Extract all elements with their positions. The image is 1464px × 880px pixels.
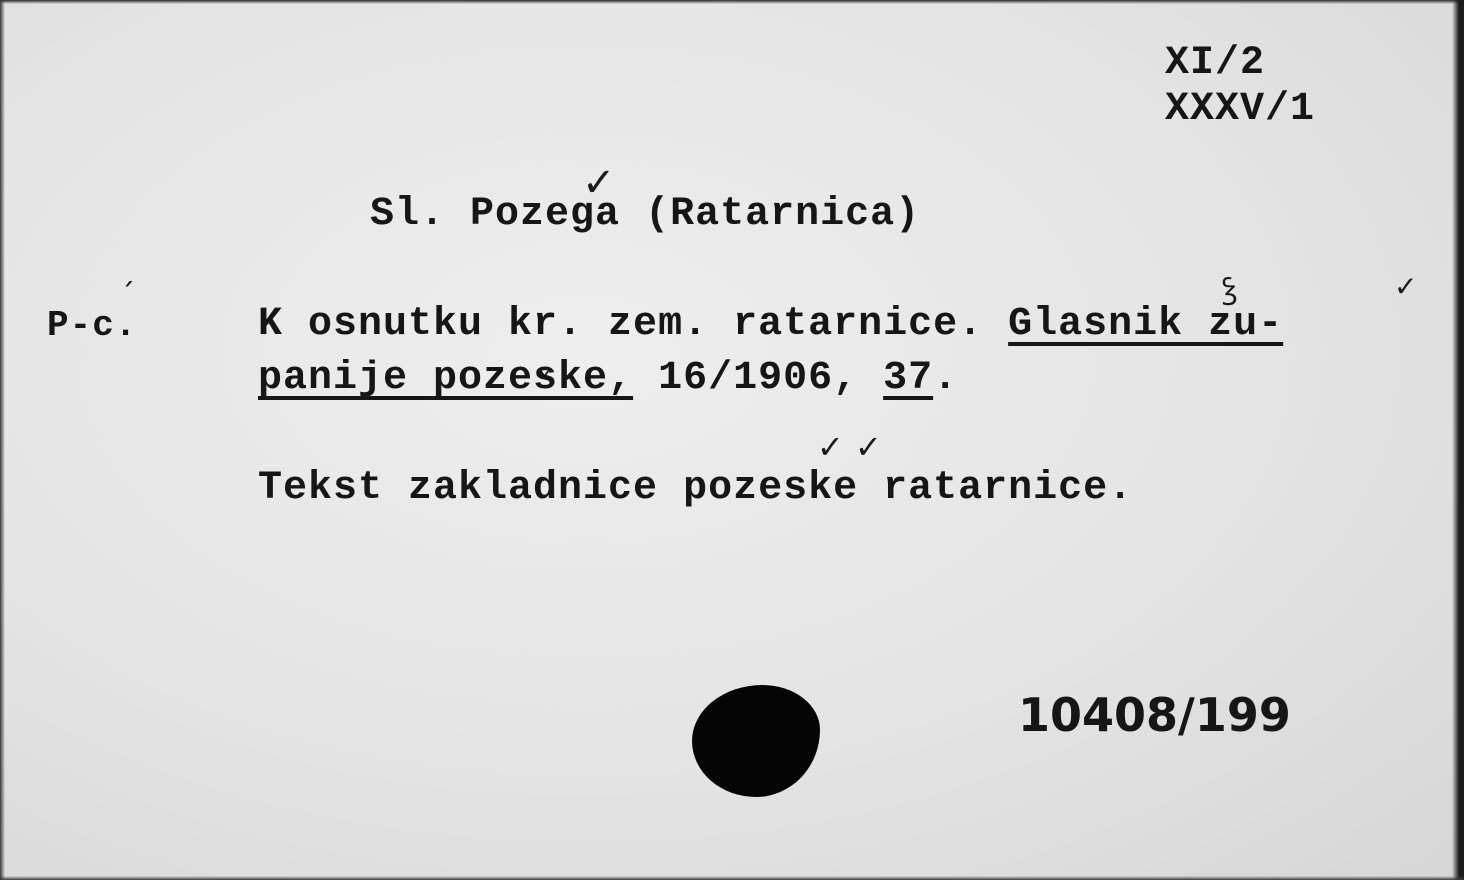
- call-number-line-2: XXXV/1: [1165, 88, 1315, 132]
- heading-z: z: [520, 192, 545, 237]
- ze-handwritten-mark-icon: ꝣ: [1222, 266, 1237, 307]
- page-number: 37: [883, 356, 933, 401]
- check-mark-icon: ✓: [855, 428, 882, 466]
- accession-number: 10408/199: [1018, 688, 1291, 742]
- punch-hole: [692, 685, 820, 797]
- catalog-card: XI/2 XXXV/1 ✓ Sl. Pozega (Ratarnica) ˊ P…: [0, 0, 1464, 880]
- card-edge-top: [0, 0, 1464, 4]
- card-heading: Sl. Pozega (Ratarnica): [370, 192, 920, 237]
- card-edge-bottom: [0, 876, 1464, 880]
- entry-line-2: panije pozeske, 16/1906, 37.: [258, 356, 958, 401]
- journal-title-part-2: panije pozeske,: [258, 356, 633, 401]
- issue-year: 16/1906,: [633, 356, 883, 401]
- entry-title: K osnutku kr. zem. ratarnice.: [258, 302, 1008, 347]
- note-line: Tekst zakladnice pozeske ratarnice.: [258, 466, 1133, 511]
- page-suffix: .: [933, 356, 958, 401]
- check-mark-icon: ✓: [817, 428, 844, 466]
- journal-title-part-1: Glasnik zu-: [1008, 302, 1283, 347]
- card-edge-right: [1452, 0, 1464, 880]
- check-mark-icon: ✓: [1394, 270, 1417, 303]
- heading-prefix: Sl. Po: [370, 192, 520, 237]
- side-code: P-c.: [47, 305, 137, 346]
- heading-suffix: ega (Ratarnica): [545, 192, 920, 237]
- card-edge-left: [0, 0, 5, 880]
- call-number-line-1: XI/2: [1165, 42, 1265, 86]
- entry-line-1: K osnutku kr. zem. ratarnice. Glasnik zu…: [258, 302, 1283, 347]
